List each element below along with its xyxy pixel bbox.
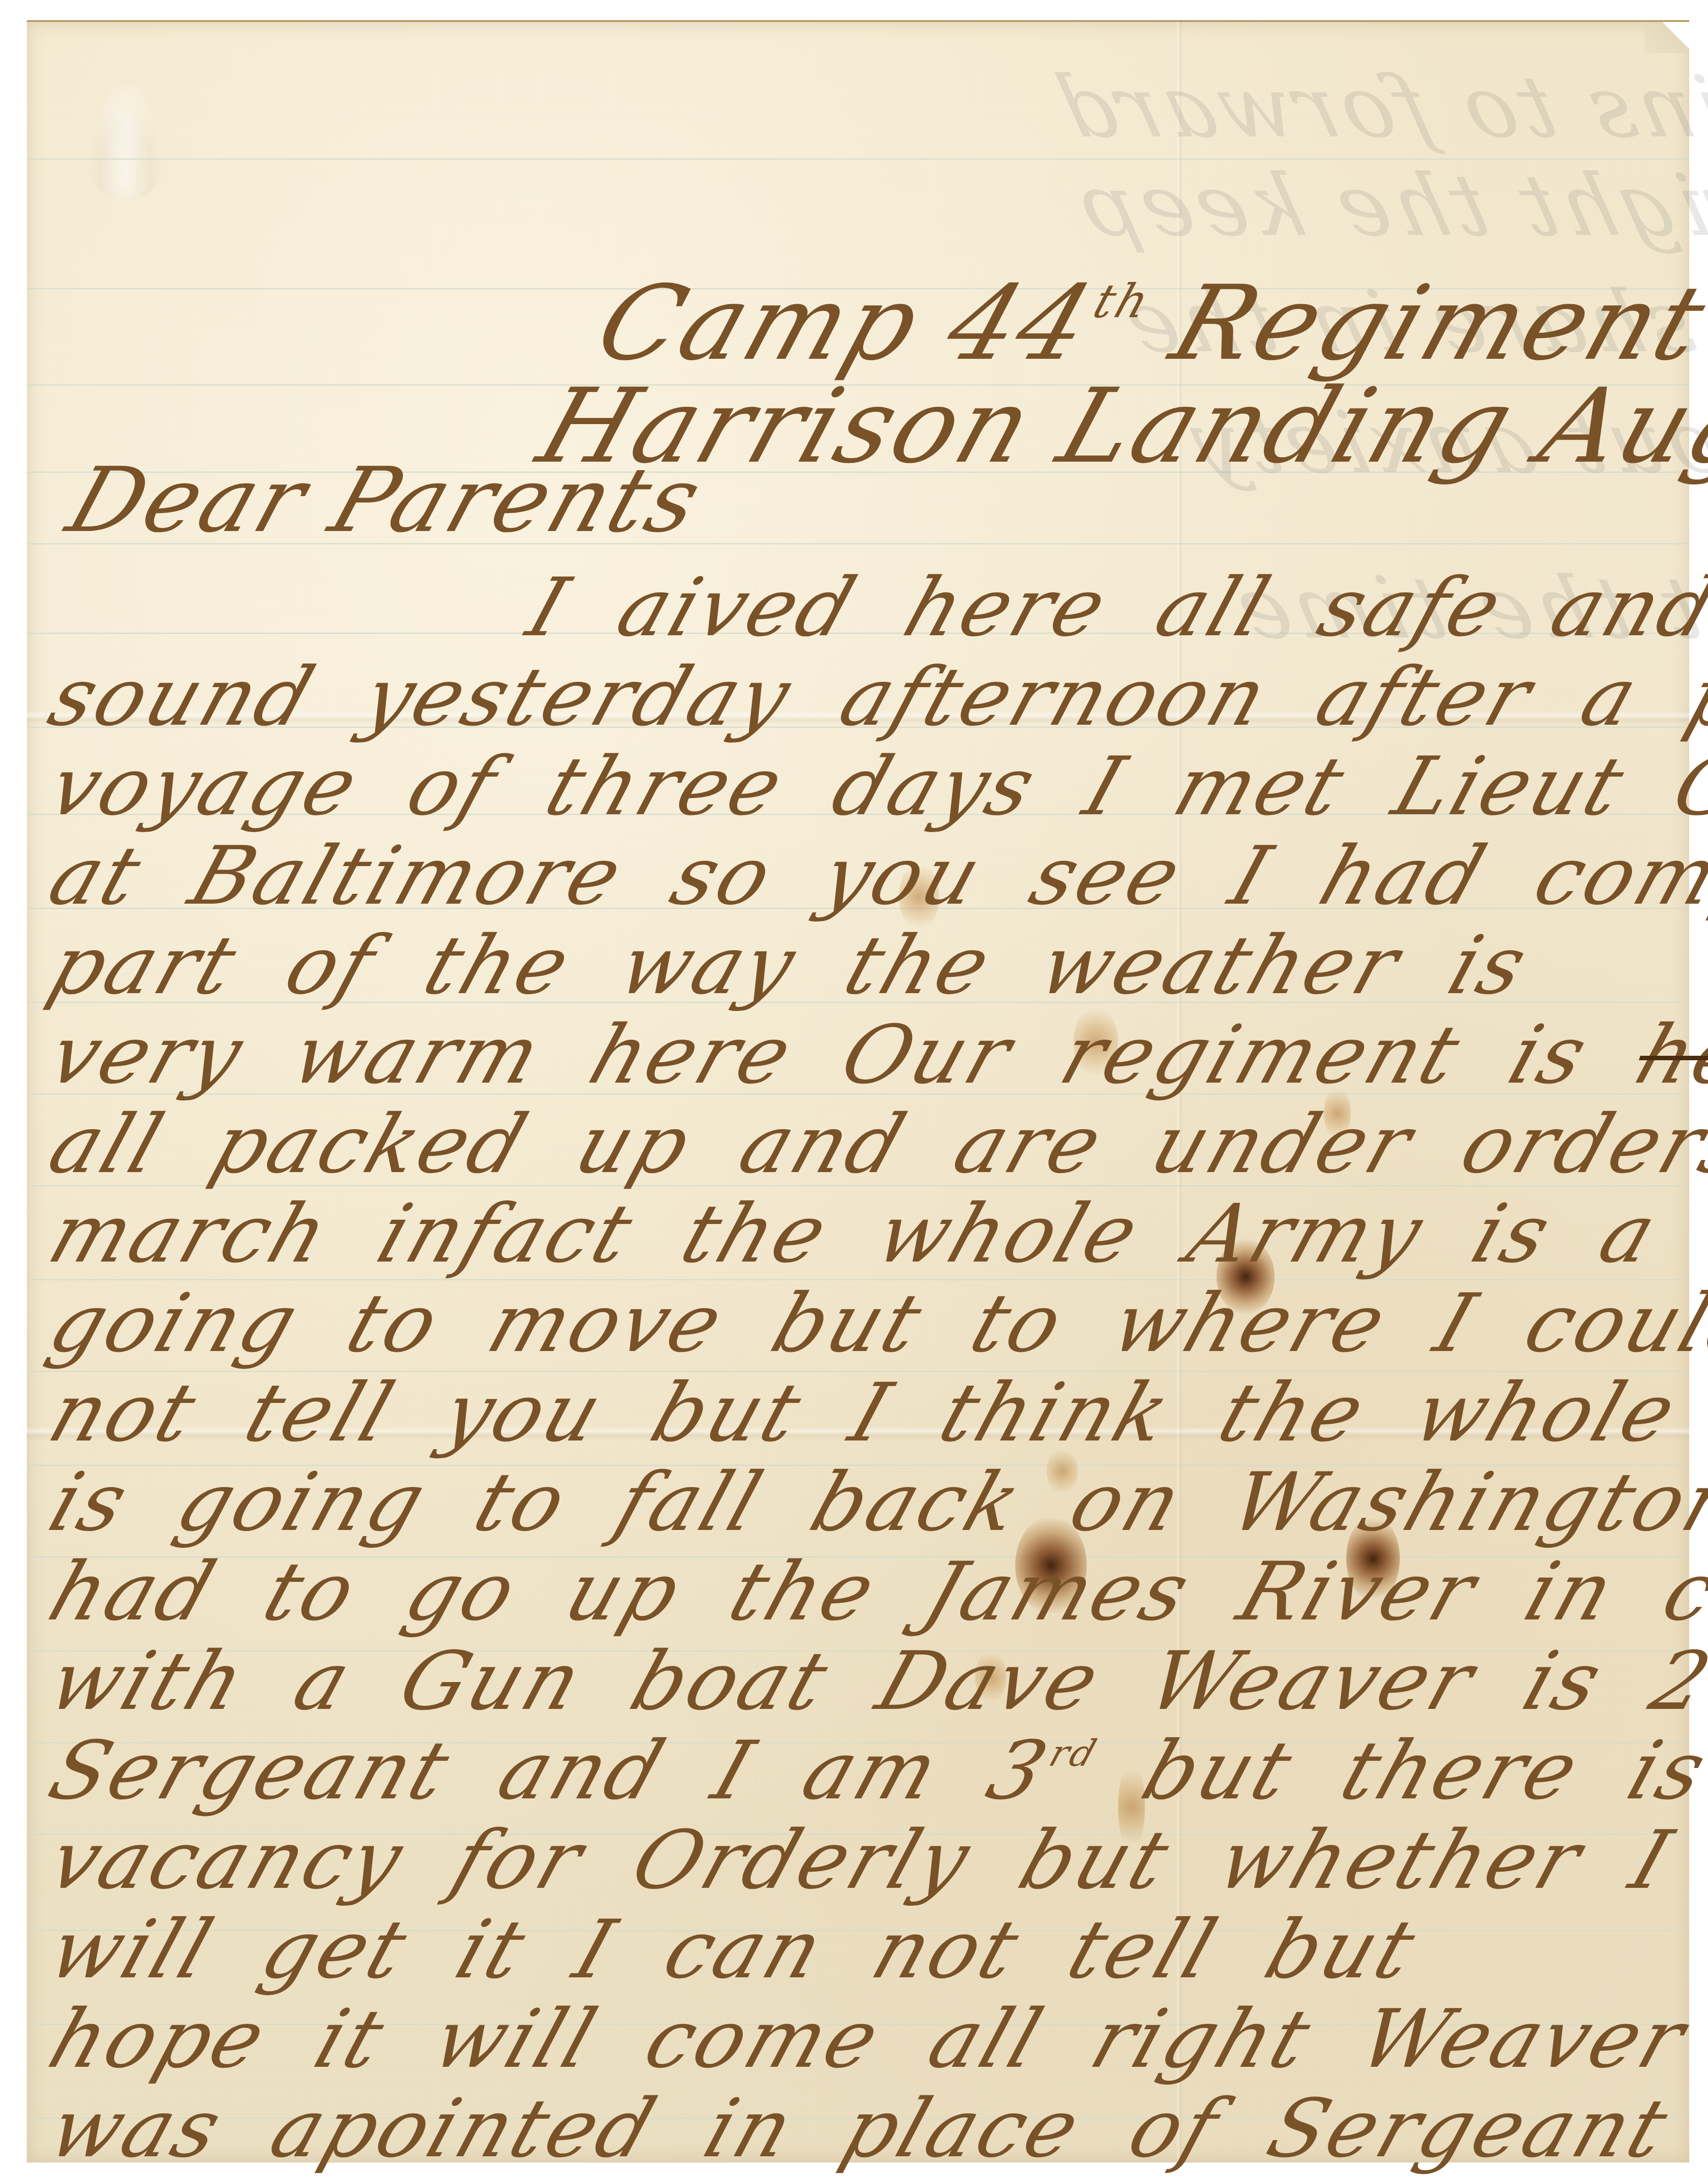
letter-line: hope it will come all right Weaver	[40, 1999, 1696, 2080]
letter-line: going to move but to where I could	[40, 1283, 1708, 1364]
letter-line: part of the way the weather is	[40, 926, 1538, 1006]
letter-line: will get it I can not tell but	[40, 1910, 1426, 1990]
letter-page: Mr Remains to forward we trust all right…	[27, 20, 1689, 2163]
bleed-through-text: Mr Remains to forward	[1043, 58, 1708, 157]
bleed-through-text: we trust all right the keep	[1065, 156, 1708, 255]
letter-line: Sergeant and I am 3rd but there is	[40, 1731, 1708, 1811]
letter-line: march infact the whole Army is a	[40, 1194, 1667, 1275]
text: vacancy for Orderly but whether I	[38, 1814, 1684, 1907]
struck-word: here	[1625, 1008, 1708, 1102]
letter-line: all packed up and are under orders to	[40, 1105, 1708, 1185]
letter-line: voyage of three days I met Lieut Gibbs	[40, 747, 1708, 827]
letter-line: not tell you but I think the whole army	[40, 1373, 1708, 1453]
letter-line: sound yesterday afternoon after a please…	[40, 657, 1708, 738]
folded-corner	[1644, 22, 1689, 53]
letter-line: had to go up the James River in company	[40, 1552, 1708, 1632]
letter-line: was apointed in place of Sergeant	[40, 2089, 1679, 2169]
letter-line: very warm here Our regiment is here	[40, 1015, 1708, 1096]
letter-heading-camp: Camp 44th Regiment	[586, 272, 1708, 375]
letter-line: I aived here all safe and	[519, 568, 1708, 648]
embossed-seal-icon	[81, 85, 170, 201]
letter-line: with a Gun boat Dave Weaver is 2nd	[40, 1641, 1708, 1722]
letter-greeting: Dear Parents	[58, 456, 713, 545]
letter-line: vacancy for Orderly but whether I	[40, 1820, 1683, 1901]
letter-line: is going to fall back on Washington we	[40, 1462, 1708, 1543]
letter-line: at Baltimore so you see I had company	[40, 836, 1708, 917]
